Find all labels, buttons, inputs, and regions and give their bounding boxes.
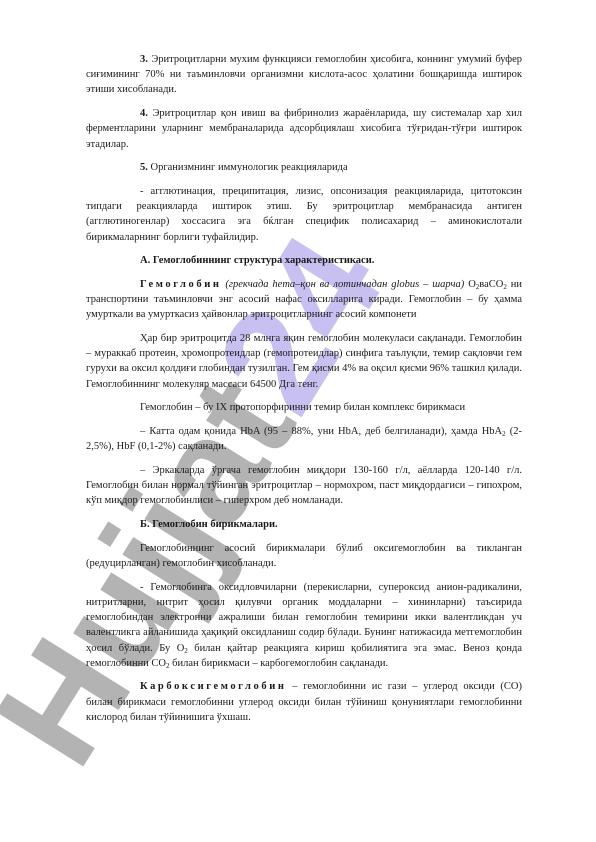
paragraph-text: Эритроцитларни мухим функцияси гемоглоби… (86, 54, 522, 95)
term-hemoglobin: Гемоглобин (140, 279, 222, 290)
paragraph-4: 4. Эритроцитлар қон ивиш ва фибринолиз ж… (86, 106, 522, 152)
formula-co: ваCO (479, 279, 503, 290)
item-number: 4. (140, 108, 148, 119)
paragraph-text: – Катта одам қонида HbA (95 – 88%, уни H… (140, 426, 502, 437)
paragraph-text: билан бирикмаси – карбогемоглобин сақлан… (170, 658, 389, 669)
paragraph-erythrocyte-content: Ҳар бир эритроцитда 28 млнга яқин гемогл… (86, 331, 522, 392)
paragraph-text: Гемоглобиннинг асосий бирикмалари бўлиб … (86, 543, 522, 569)
section-heading-a: А. Гемоглобиннинг структура характеристи… (86, 253, 522, 268)
paragraph-carboxyhemoglobin: Карбоксигемоглобин – гемоглобинни ис газ… (86, 679, 522, 725)
document-page: Hujjat24 3. Эритроцитларни мухим функция… (0, 0, 596, 842)
paragraph-text: – Эркакларда ўргача гемоглобин миқдори 1… (86, 465, 522, 506)
section-heading-b: Б. Гемоглобин бирикмалари. (86, 517, 522, 532)
formula-o: O (468, 279, 476, 290)
paragraph-text: Гемоглобин – бу IX протопорфиринни темир… (140, 402, 465, 413)
paragraph-protoporphyrin: Гемоглобин – бу IX протопорфиринни темир… (86, 400, 522, 415)
paragraph-text: Ҳар бир эритроцитда 28 млнга яқин гемогл… (86, 333, 522, 390)
paragraph-text: Организмнинг иммунологик реакцияларида (148, 162, 348, 173)
paragraph-text: - агглютинация, преципитация, лизис, опс… (86, 186, 522, 243)
paragraph-5: 5. Организмнинг иммунологик реакцияларид… (86, 160, 522, 175)
paragraph-compounds: Гемоглобиннинг асосий бирикмалари бўлиб … (86, 541, 522, 571)
document-body: 3. Эритроцитларни мухим функцияси гемогл… (86, 52, 522, 734)
paragraph-oxidation: - Гемоглобинга оксидловчиларни (перекисл… (86, 580, 522, 671)
paragraph-hba: – Катта одам қонида HbA (95 – 88%, уни H… (86, 424, 522, 454)
item-number: 5. (140, 162, 148, 173)
paragraph-3: 3. Эритроцитларни мухим функцияси гемогл… (86, 52, 522, 98)
etymology: (грекчада hema–қон ва лотинчадан globus … (222, 279, 469, 290)
paragraph-hemoglobin-definition: Гемоглобин (грекчада hema–қон ва лотинча… (86, 277, 522, 323)
paragraph-hemoglobin-amount: – Эркакларда ўргача гемоглобин миқдори 1… (86, 463, 522, 509)
term-carboxyhemoglobin: Карбоксигемоглобин (140, 681, 287, 692)
paragraph-text: Эритроцитлар қон ивиш ва фибринолиз жара… (86, 108, 522, 149)
paragraph-immunological: - агглютинация, преципитация, лизис, опс… (86, 184, 522, 245)
item-number: 3. (140, 54, 148, 65)
